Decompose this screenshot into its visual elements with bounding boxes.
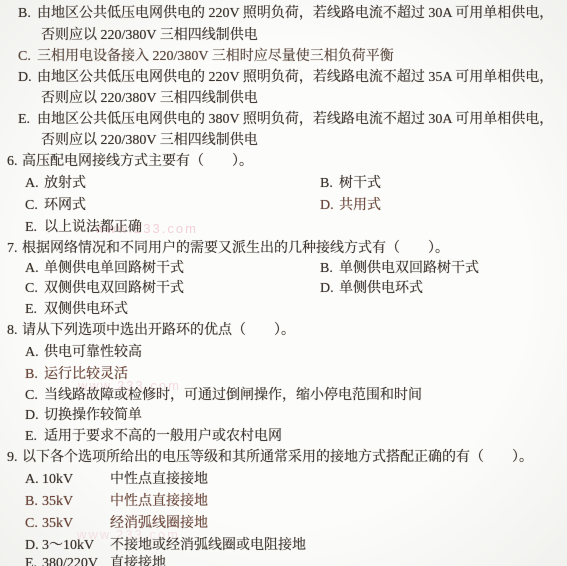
option-label: A. [25, 472, 42, 488]
grounding-method: 中性点直接接地 [110, 472, 208, 488]
option-label: C. [25, 388, 44, 404]
option-text: 三相用电设备接入 220/380V 三相时应尽量使三相负荷平衡 [37, 49, 394, 64]
voltage-level: 3～10kV [42, 538, 94, 553]
grounding-method: 直接接地 [110, 556, 166, 566]
option-text: 双侧供电环式 [44, 302, 128, 317]
voltage-level: 380/220V [42, 556, 98, 566]
option-label: D. [18, 70, 37, 86]
option-label: E. [25, 220, 44, 236]
option-text: 单侧供电单回路树干式 [44, 261, 184, 276]
question-number: 8. [7, 323, 18, 339]
option-label: D. [320, 281, 339, 297]
option-text: 双侧供电双回路树干式 [44, 281, 184, 296]
grounding-method: 经消弧线圈接地 [110, 516, 208, 532]
voltage-level: 10kV [42, 472, 73, 487]
option-label: A. [25, 176, 44, 192]
option-text: 否则应以 220/380V 三相四线制供电 [41, 91, 258, 107]
question-text: 根据网络情况和不同用户的需要又派生出的几种接线方式有（ ）。 [22, 241, 449, 257]
option-label: C. [25, 516, 42, 532]
option-label: E. [18, 112, 37, 128]
option-text: 单侧供电双回路树干式 [339, 261, 479, 276]
option-label: A. [25, 261, 44, 277]
option-label: B. [25, 494, 42, 510]
option-text: 放射式 [44, 176, 86, 191]
option-text: 否则应以 220/380V 三相四线制供电 [41, 28, 258, 44]
option-label: B. [320, 176, 339, 192]
option-text: 供电可靠性较高 [44, 345, 142, 360]
option-text: 适用于要求不高的一般用户或农村电网 [44, 429, 282, 444]
option-label: A. [25, 345, 44, 361]
grounding-method: 中性点直接接地 [110, 494, 208, 510]
question-text: 高压配电网接线方式主要有（ ）。 [22, 154, 253, 170]
option-label: E. [25, 429, 44, 445]
option-label: C. [18, 49, 37, 65]
option-text: 以上说法都正确 [44, 220, 142, 235]
option-text: 切换操作较简单 [44, 408, 142, 423]
scanned-exam-page: www.233.com www.233.com www.233.com B.由地… [0, 0, 567, 566]
question-number: 7. [7, 241, 18, 257]
option-label: D. [320, 198, 339, 214]
option-text: 由地区公共低压电网供电的 220V 照明负荷，若线路电流不超过 30A 可用单相… [37, 6, 553, 21]
option-text: 单侧供电环式 [339, 281, 423, 296]
option-label: B. [320, 261, 339, 277]
question-text: 请从下列选项中选出开路环的优点（ ）。 [22, 323, 295, 339]
voltage-level: 35kV [42, 516, 73, 531]
option-text: 由地区公共低压电网供电的 380V 照明负荷，若线路电流不超过 30A 可用单相… [37, 112, 553, 127]
question-number: 6. [7, 154, 18, 170]
option-text: 环网式 [44, 198, 86, 213]
question-text: 以下各个选项所给出的电压等级和其所通常采用的接地方式搭配正确的有（ ）。 [22, 450, 533, 466]
question-number: 9. [7, 450, 18, 466]
option-label: B. [18, 6, 37, 22]
option-text: 当线路故障或检修时，可通过倒闸操作，缩小停电范围和时间 [44, 388, 422, 403]
voltage-level: 35kV [42, 494, 73, 509]
grounding-method: 不接地或经消弧线圈或电阻接地 [110, 538, 306, 554]
option-label: D. [25, 408, 44, 424]
option-label: D. [25, 538, 42, 554]
option-label: C. [25, 198, 44, 214]
option-label: C. [25, 281, 44, 297]
option-text: 由地区公共低压电网供电的 220V 照明负荷，若线路电流不超过 35A 可用单相… [37, 70, 553, 85]
option-text: 运行比较灵活 [44, 367, 128, 382]
option-text: 树干式 [339, 176, 381, 191]
option-text: 否则应以 220/380V 三相四线制供电 [41, 133, 258, 149]
option-text: 共用式 [339, 198, 381, 213]
option-label: E. [25, 302, 44, 318]
option-label: E. [25, 556, 42, 566]
option-label: B. [25, 367, 44, 383]
